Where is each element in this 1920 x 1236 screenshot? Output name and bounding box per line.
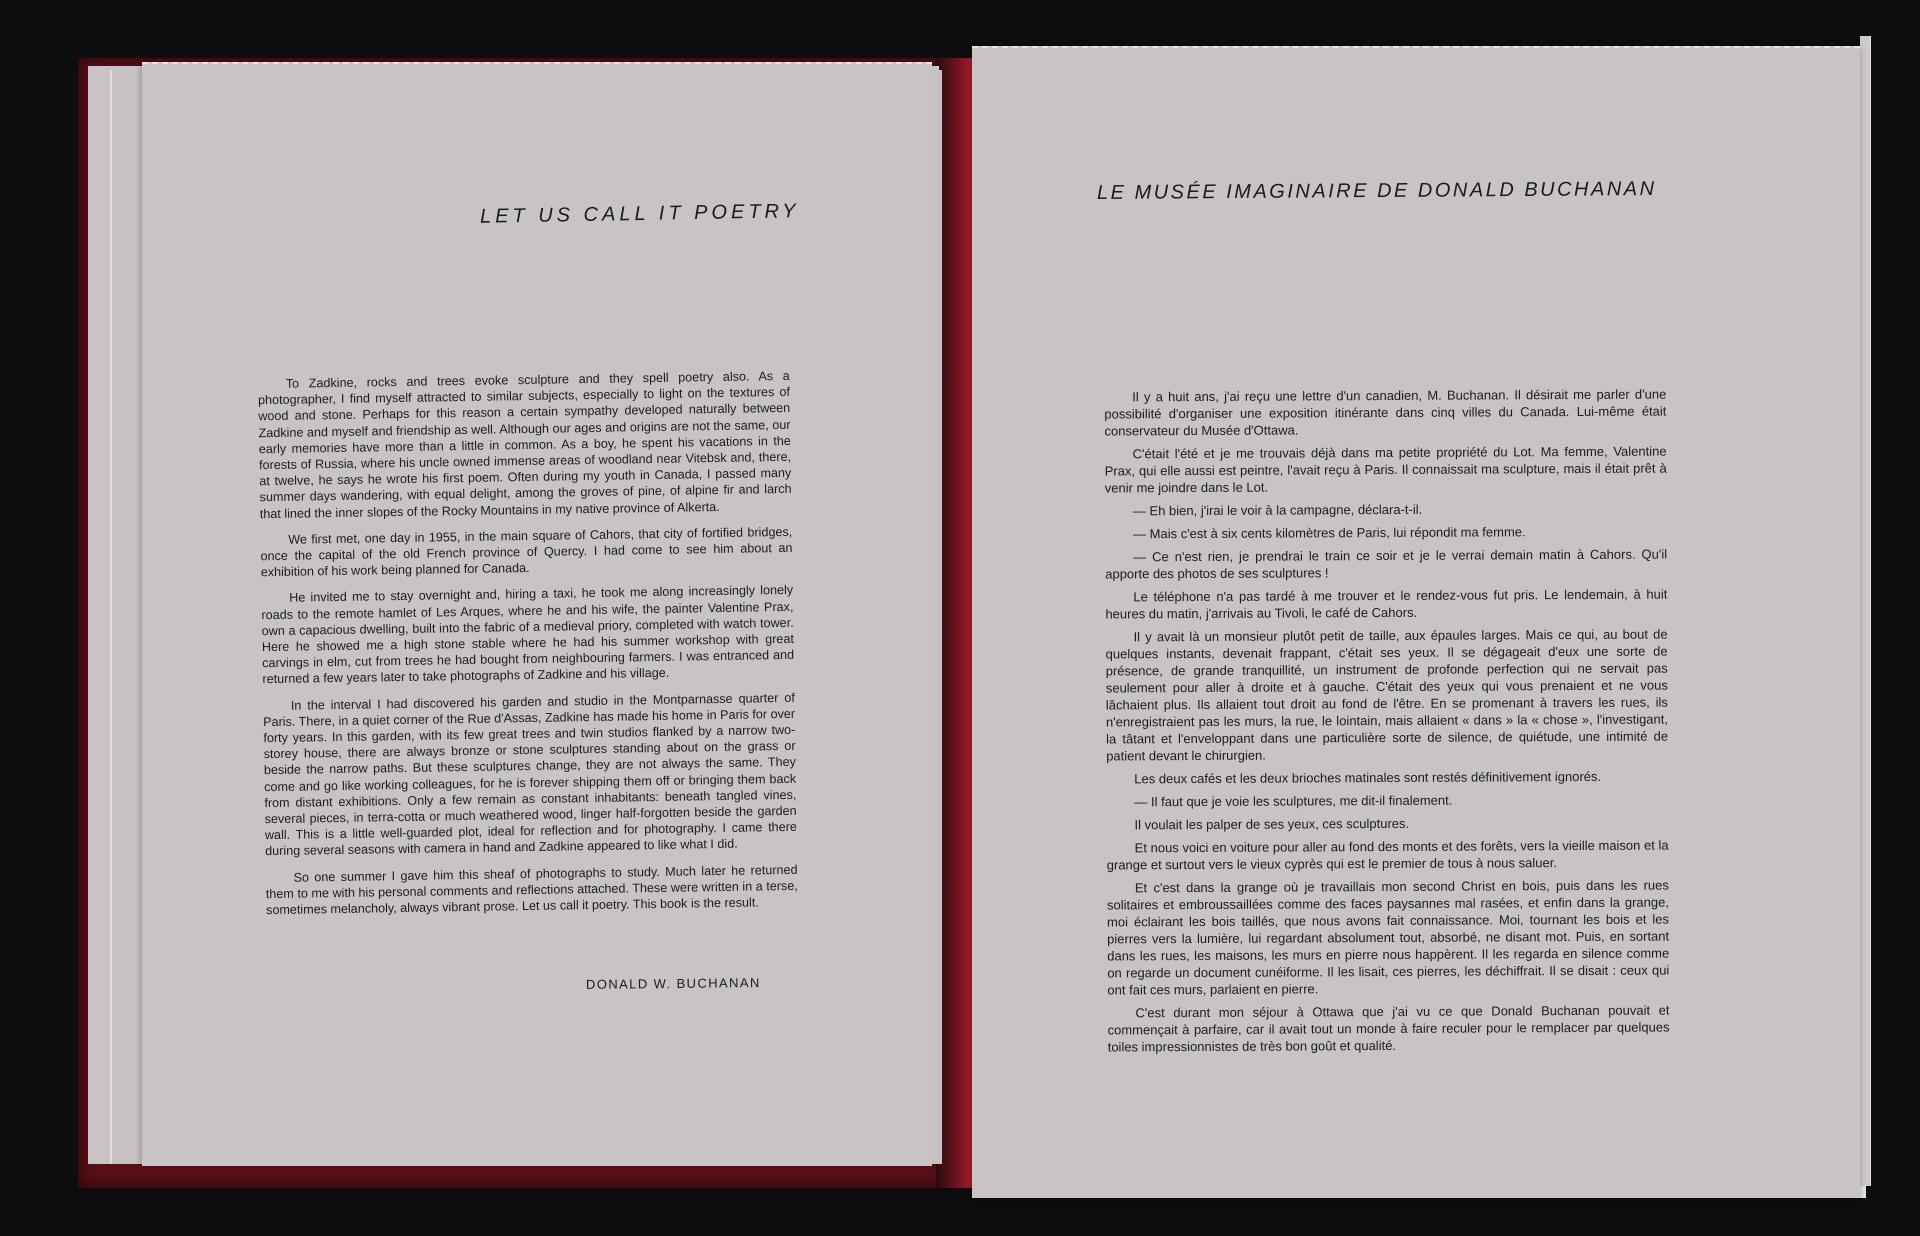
paragraph: Il voulait les palper de ses yeux, ces s… xyxy=(1106,814,1668,834)
paragraph: C'est durant mon séjour à Ottawa que j'a… xyxy=(1107,1002,1669,1056)
paragraph: Le téléphone n'a pas tardé à me trouver … xyxy=(1105,586,1667,623)
paragraph: So one summer I gave him this sheaf of p… xyxy=(265,861,798,918)
book-spine xyxy=(936,58,976,1188)
left-page-body: To Zadkine, rocks and trees evoke sculpt… xyxy=(258,368,799,929)
paragraph: Il y avait là un monsieur plutôt petit d… xyxy=(1105,626,1668,765)
paragraph: Les deux cafés et les deux brioches mati… xyxy=(1106,768,1668,788)
paragraph: C'était l'été et je me trouvais déjà dan… xyxy=(1105,443,1667,497)
dialogue-line: — Il faut que je voie les sculptures, me… xyxy=(1106,791,1668,811)
paragraph: We first met, one day in 1955, in the ma… xyxy=(260,524,793,581)
right-page-body: Il y a huit ans, j'ai reçu une lettre d'… xyxy=(1104,386,1670,1062)
signature: DONALD W. BUCHANAN xyxy=(586,975,761,992)
paragraph: Et c'est dans la grange où je travaillai… xyxy=(1107,877,1670,999)
paragraph: Et nous voici en voiture pour aller au f… xyxy=(1107,837,1669,874)
paragraph: In the interval I had discovered his gar… xyxy=(263,689,797,859)
right-page-title: LE MUSÉE IMAGINAIRE DE DONALD BUCHANAN xyxy=(1097,178,1657,205)
right-page-stack-edge xyxy=(1860,36,1871,1186)
paragraph: Il y a huit ans, j'ai reçu une lettre d'… xyxy=(1104,386,1666,440)
dialogue-line: — Eh bien, j'irai le voir à la campagne,… xyxy=(1105,500,1667,520)
paragraph: He invited me to stay overnight and, hir… xyxy=(261,582,794,688)
paragraph: To Zadkine, rocks and trees evoke sculpt… xyxy=(258,368,792,522)
dialogue-line: — Ce n'est rien, je prendrai le train ce… xyxy=(1105,546,1667,583)
dialogue-line: — Mais c'est à six cents kilomètres de P… xyxy=(1105,523,1667,543)
